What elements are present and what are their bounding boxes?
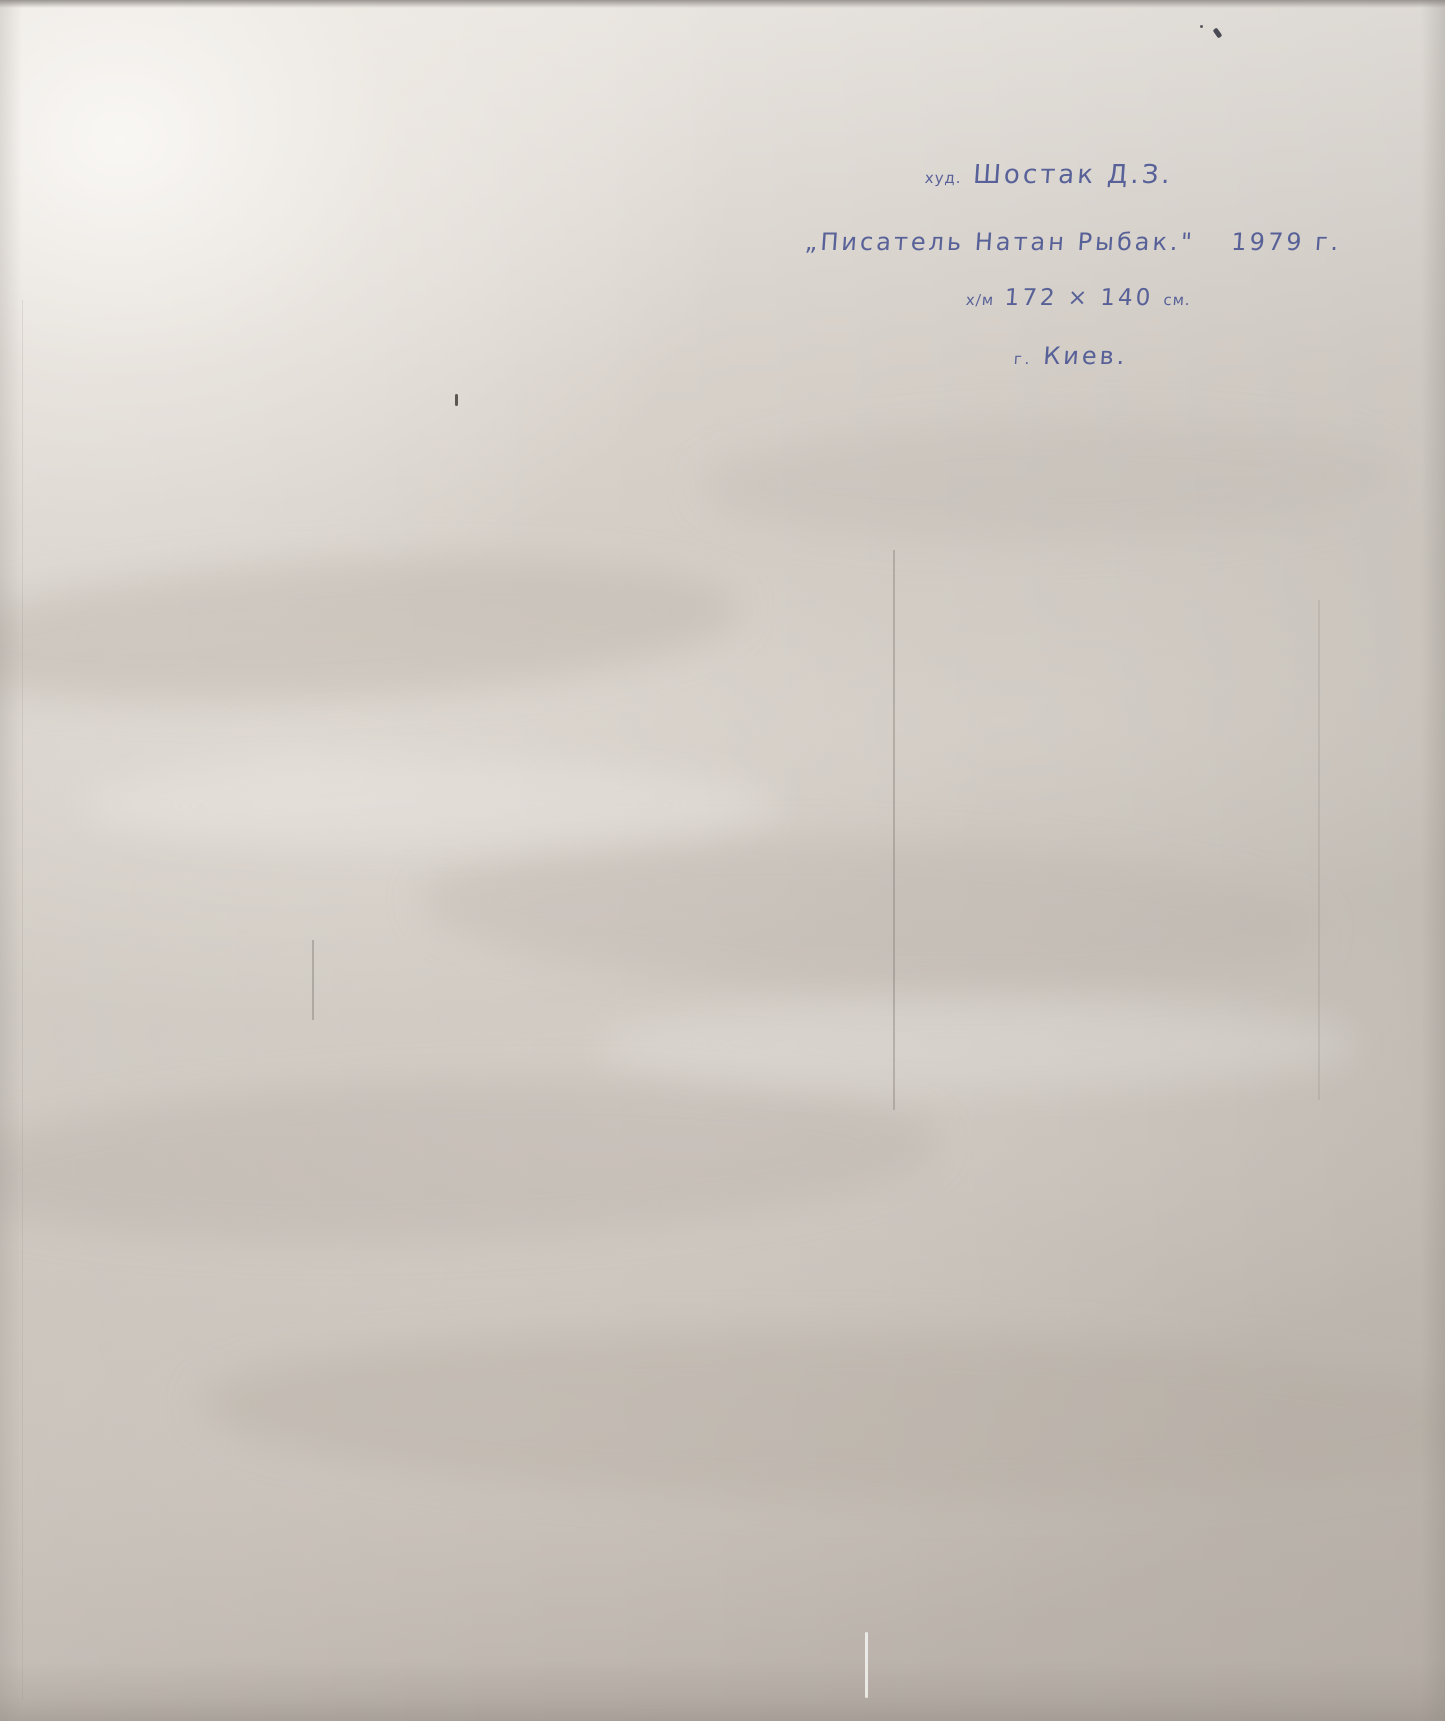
inscription-medium-line: х/м 172 × 140 см.	[965, 285, 1192, 311]
inscription-title-line: „Писатель Натан Рыбак." 1979 г.	[804, 228, 1342, 256]
canvas-scratch	[865, 1632, 868, 1698]
tonal-band	[418, 824, 1323, 1005]
artist-name: Шостак Д.З.	[972, 160, 1174, 190]
medium-prefix: х/м	[965, 291, 995, 309]
stretcher-crease-line	[312, 940, 314, 1020]
tonal-band	[699, 414, 1401, 546]
city-name: Киев.	[1042, 342, 1128, 370]
canvas-right-edge	[1421, 0, 1445, 1721]
tonal-band	[0, 539, 743, 722]
ink-speck	[1213, 27, 1223, 38]
inscription-artist-line: худ. Шостак Д.З.	[924, 160, 1174, 190]
highlight-band	[600, 1000, 1360, 1090]
stretcher-crease-line	[22, 300, 23, 1700]
artist-prefix: худ.	[924, 169, 962, 187]
painting-dimensions: 172 × 140	[1004, 285, 1155, 311]
highlight-band	[80, 760, 780, 850]
ink-speck	[1200, 25, 1203, 28]
city-prefix: г.	[1013, 350, 1033, 368]
canvas-top-edge-shadow	[0, 0, 1445, 8]
ink-speck	[455, 394, 458, 406]
canvas-back-photo: худ. Шостак Д.З. „Писатель Натан Рыбак."…	[0, 0, 1445, 1721]
canvas-left-edge	[0, 0, 22, 1721]
dimensions-unit: см.	[1163, 291, 1192, 309]
inscription-city-line: г. Киев.	[1013, 342, 1128, 370]
stretcher-crease-line	[893, 550, 895, 1110]
painting-year: 1979 г.	[1230, 228, 1342, 256]
painting-title: „Писатель Натан Рыбак."	[804, 228, 1196, 256]
tonal-band	[0, 1063, 942, 1258]
tonal-band	[199, 1319, 1445, 1512]
stretcher-crease-line	[1318, 600, 1320, 1100]
canvas-bottom-edge-shadow	[0, 1661, 1445, 1721]
